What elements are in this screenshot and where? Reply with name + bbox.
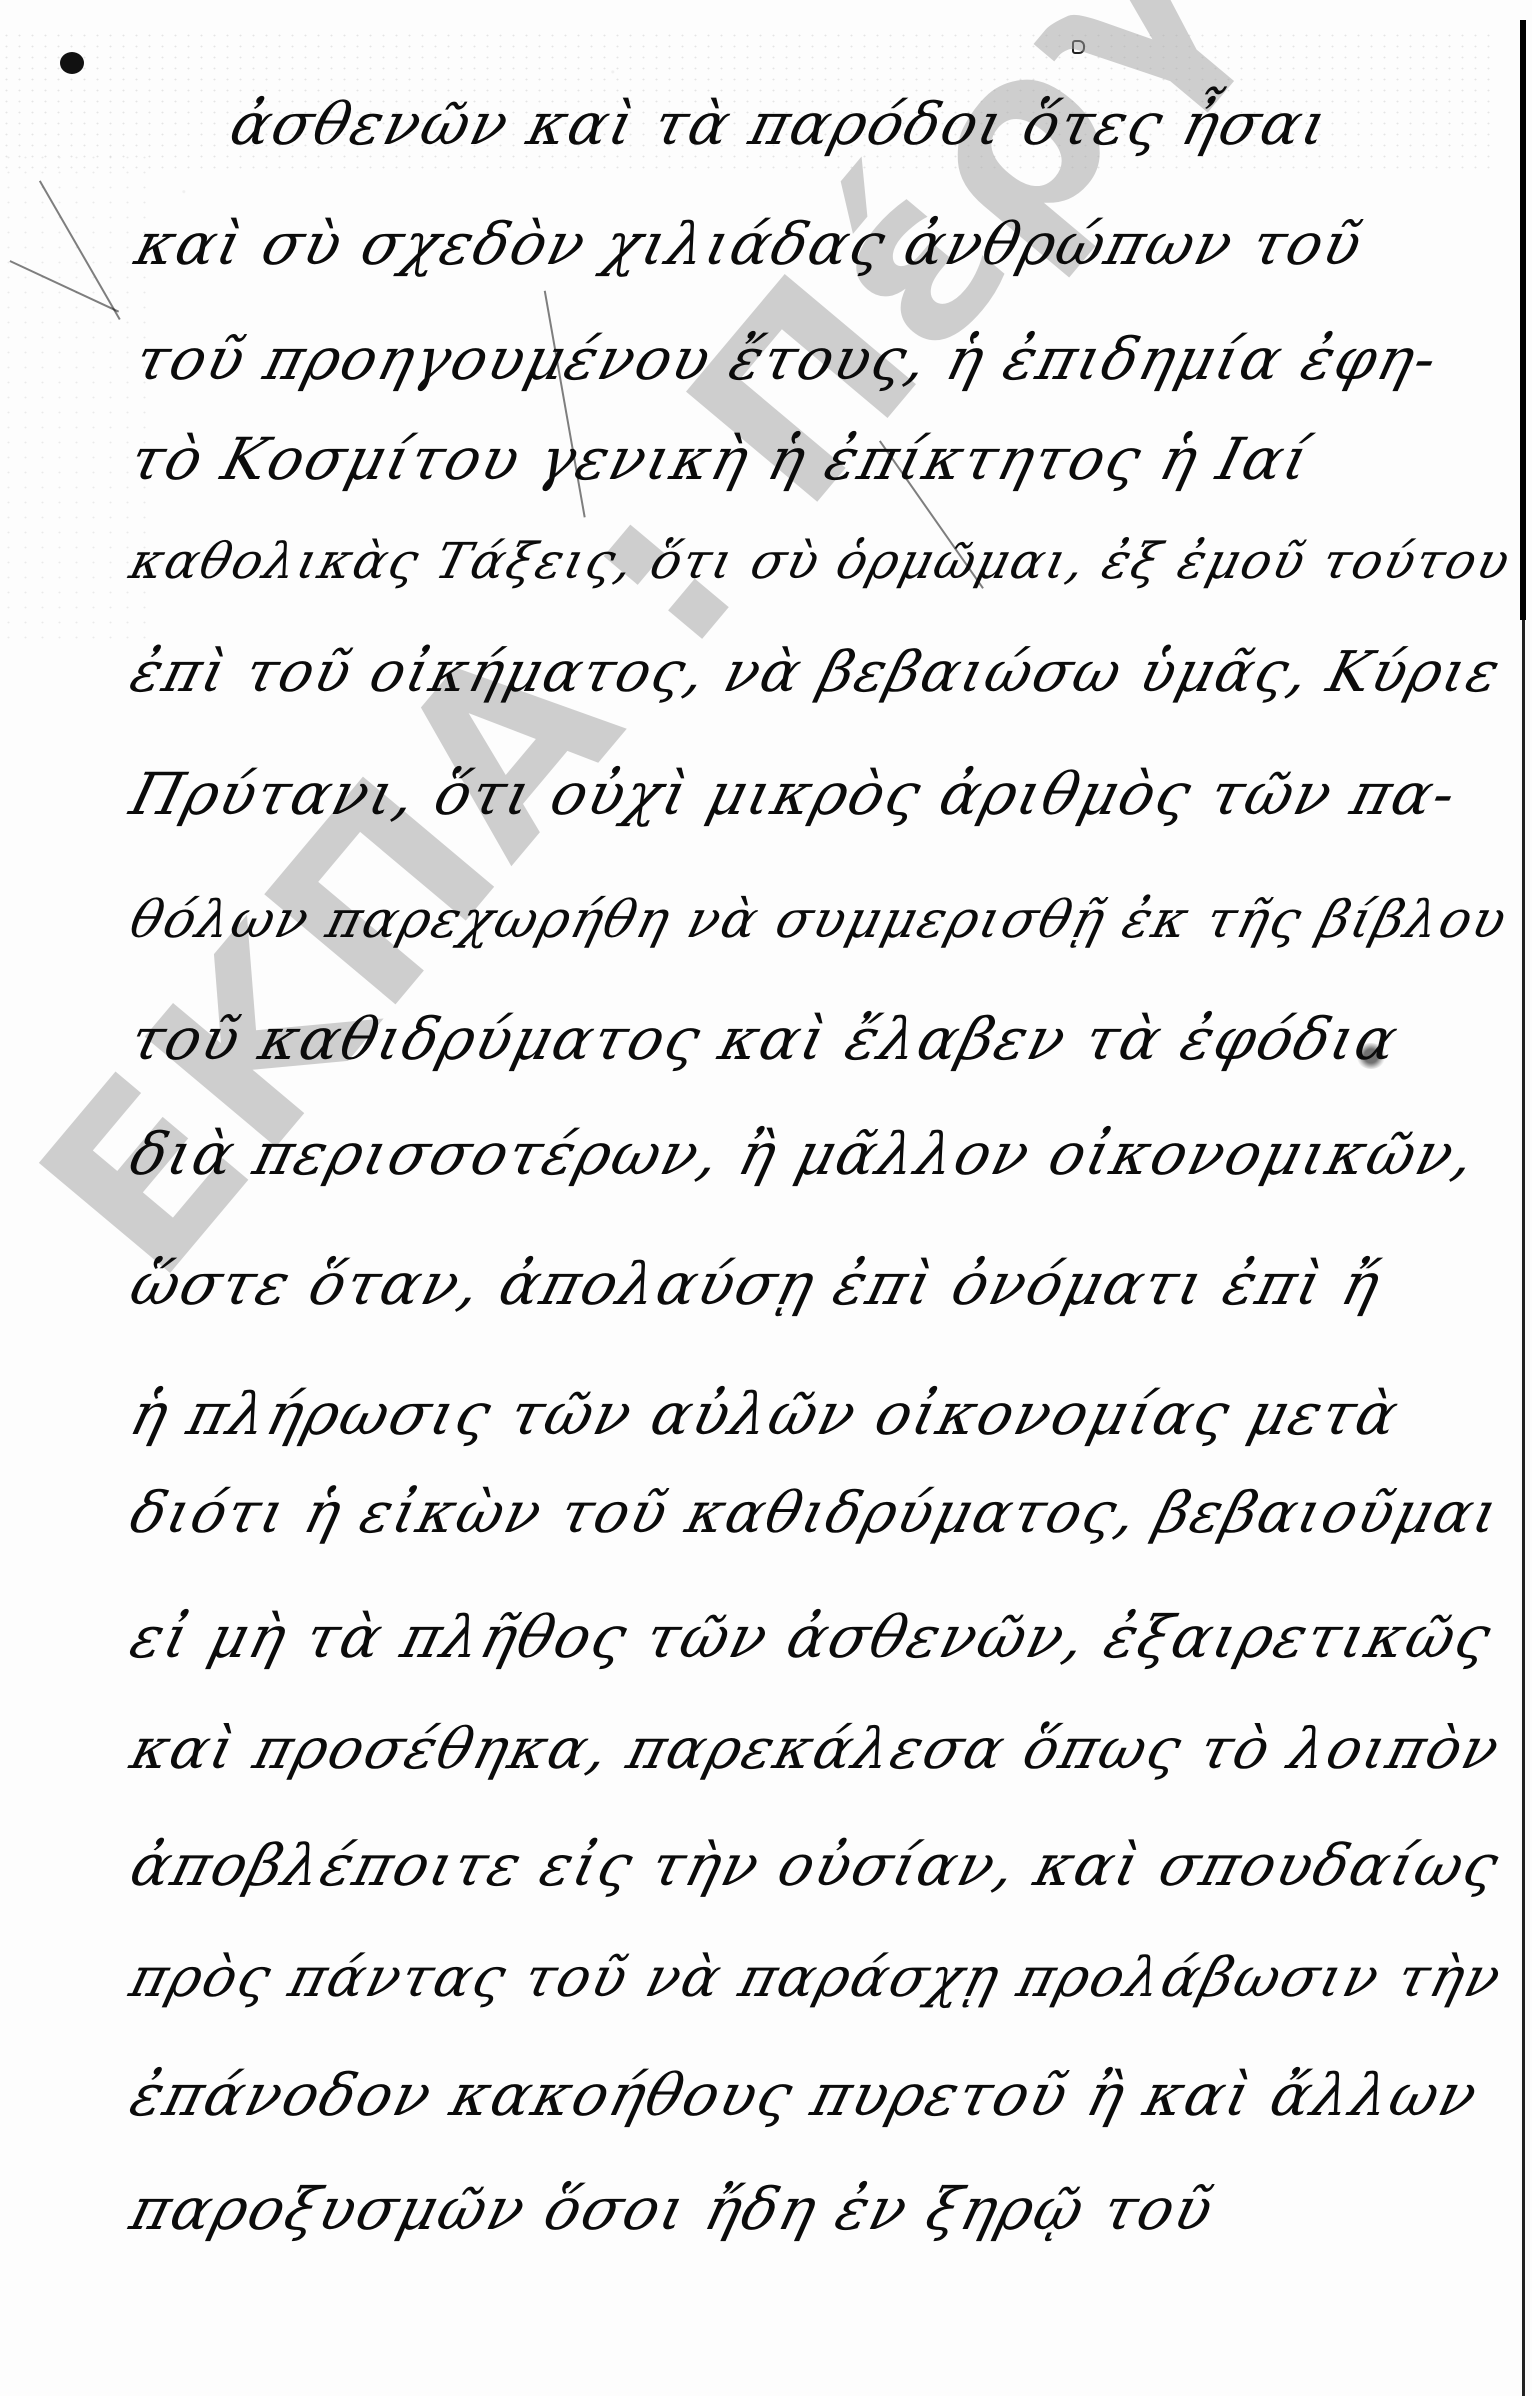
text-line-13: διότι ἡ εἰκὼν τοῦ καθιδρύματος, βεβαιοῦμ… [125, 1485, 1506, 1542]
text-line-6: ἐπὶ τοῦ οἰκήματος, νὰ βεβαιώσω ὑμᾶς, Κύρ… [125, 645, 1507, 701]
text-line-9: τοῦ καθιδρύματος καὶ ἔλαβεν τὰ ἐφόδια [125, 1010, 1405, 1068]
text-line-12: ἡ πλήρωσις τῶν αὐλῶν οἰκονομίας μετὰ [125, 1385, 1406, 1443]
text-line-4: τὸ Κοσμίτου γενικὴ ἡ ἐπίκτητος ἡ Ιαί [125, 430, 1317, 488]
text-line-7: Πρύτανι, ὅτι οὐχὶ μικρὸς ἀριθμὸς τῶν πα- [125, 765, 1463, 823]
text-line-17: πρὸς πάντας τοῦ νὰ παράσχῃ προλάβωσιν τὴ… [125, 1950, 1508, 2005]
text-line-1: ἀσθενῶν καὶ τὰ παρόδοι ὅτες ἦσαι [225, 95, 1335, 153]
text-line-11: ὥστε ὅταν, ἀπολαύσῃ ἐπὶ ὀνόματι ἐπὶ ἤ [125, 1255, 1387, 1313]
text-line-5: καθολικὰς Τάξεις, ὅτι σὺ ὁρμῶμαι, ἐξ ἐμο… [125, 537, 1516, 587]
text-line-15: καὶ προσέθηκα, παρεκάλεσα ὅπως τὸ λοιπὸν [125, 1722, 1506, 1778]
text-line-2: καὶ σὺ σχεδὸν χιλιάδας ἀνθρώπων τοῦ [130, 215, 1369, 273]
handwritten-text: ἀσθενῶν καὶ τὰ παρόδοι ὅτες ἦσαι καὶ σὺ … [0, 0, 1532, 2396]
text-line-14: εἰ μὴ τὰ πλῆθος τῶν ἀσθενῶν, ἐξαιρετικῶς [125, 1608, 1498, 1666]
text-line-3: τοῦ προηγουμένου ἔτους, ἡ ἐπιδημία ἐφη- [130, 330, 1444, 388]
text-line-8: θόλων παρεχωρήθη νὰ συμμερισθῇ ἐκ τῆς βί… [125, 895, 1513, 946]
text-line-10: διὰ περισσοτέρων, ἢ μᾶλλον οἰκονομικῶν, [125, 1125, 1482, 1183]
manuscript-page: ΕΚΠΑ : Πέργαμος ἀσθενῶν καὶ τὰ παρόδοι ὅ… [0, 0, 1532, 2396]
text-line-18: ἐπάνοδον κακοήθους πυρετοῦ ἢ καὶ ἄλλων [125, 2066, 1485, 2124]
text-line-19: παροξυσμῶν ὅσοι ἤδη ἐν ξηρῷ τοῦ [125, 2180, 1220, 2238]
text-line-16: ἀποβλέποιτε εἰς τὴν οὐσίαν, καὶ σπουδαίω… [125, 1838, 1505, 1895]
